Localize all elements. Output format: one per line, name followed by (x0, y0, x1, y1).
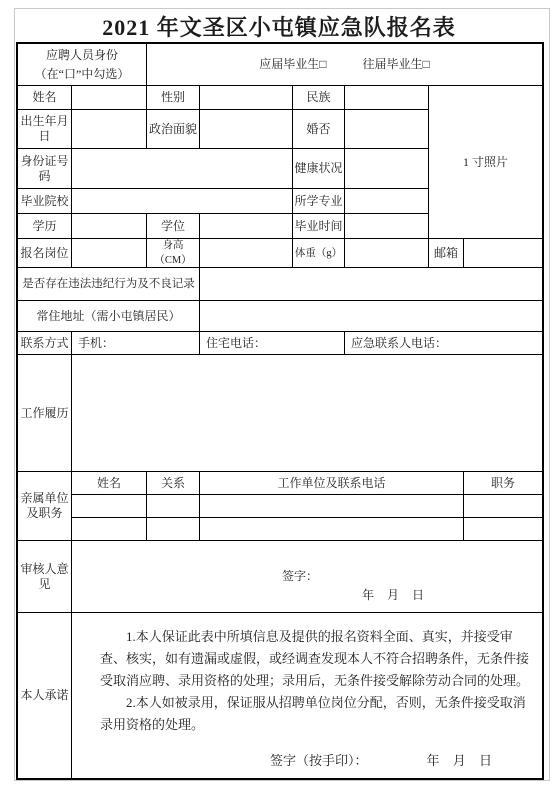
health-label: 健康状况 (293, 149, 345, 189)
pledge-signature-label: 签字（按手印）： (270, 753, 368, 768)
id-number-input[interactable] (72, 149, 293, 189)
relative2-name-input[interactable] (72, 518, 147, 541)
height-input[interactable] (200, 239, 293, 268)
major-label: 所学专业 (293, 189, 345, 214)
work-history-label: 工作履历 (18, 355, 72, 472)
degree-label: 学位 (147, 214, 200, 239)
graduation-time-label: 毕业时间 (293, 214, 345, 239)
pledge-paragraph-2: 2.本人如被录用，保证服从招聘单位岗位分配，否则，无条件接受取消录用资格的处理。 (100, 692, 534, 736)
political-status-input[interactable] (200, 110, 293, 149)
registration-form-page: 2021 年文圣区小屯镇应急队报名表 应聘人员身份 （在“口”中勾选） 应届毕业… (0, 0, 558, 785)
identity-label-line1: 应聘人员身份 (46, 48, 118, 63)
relative1-workunit-input[interactable] (200, 495, 464, 518)
option-previous-graduate-checkbox[interactable]: 往届毕业生□ (363, 57, 430, 72)
form-table: 应聘人员身份 （在“口”中勾选） 应届毕业生□ 往届毕业生□ 姓名 性别 民族 … (16, 42, 544, 780)
review-signature-label: 签字： (282, 569, 318, 584)
weight-input[interactable] (345, 239, 429, 268)
relatives-header-workunit: 工作单位及联系电话 (200, 472, 464, 495)
position-label: 报名岗位 (18, 239, 72, 268)
email-label: 邮箱 (429, 239, 464, 268)
pledge-content-cell: 1.本人保证此表中所填信息及提供的报名资料全面、真实，并接受审查、核实，如有遗漏… (72, 613, 542, 778)
school-input[interactable] (72, 189, 293, 214)
graduation-time-input[interactable] (345, 214, 429, 239)
relative2-duty-input[interactable] (464, 518, 542, 541)
birth-date-label: 出生年月日 (18, 110, 72, 149)
work-history-input[interactable] (72, 355, 542, 472)
identity-label: 应聘人员身份 （在“口”中勾选） (18, 44, 147, 86)
address-label: 常住地址（需小屯镇居民） (18, 301, 200, 332)
pledge-label: 本人承诺 (18, 613, 72, 778)
health-input[interactable] (345, 149, 429, 189)
relative1-relation-input[interactable] (147, 495, 200, 518)
identity-options-cell: 应届毕业生□ 往届毕业生□ (147, 44, 542, 86)
gender-input[interactable] (200, 86, 293, 110)
contact-label: 联系方式 (18, 332, 72, 355)
identity-label-line2: （在“口”中勾选） (35, 67, 130, 82)
gender-label: 性别 (147, 86, 200, 110)
ethnicity-input[interactable] (345, 86, 429, 110)
relative1-duty-input[interactable] (464, 495, 542, 518)
education-input[interactable] (72, 214, 147, 239)
relatives-header-relation: 关系 (147, 472, 200, 495)
name-input[interactable] (72, 86, 147, 110)
option-fresh-graduate-checkbox[interactable]: 应届毕业生□ (259, 57, 326, 72)
height-label: 身高（CM） (147, 239, 200, 268)
marital-status-input[interactable] (345, 110, 429, 149)
address-input[interactable] (200, 301, 542, 332)
relatives-header-duty: 职务 (464, 472, 542, 495)
position-input[interactable] (72, 239, 147, 268)
relatives-label: 亲属单位及职务 (18, 472, 72, 541)
relative1-name-input[interactable] (72, 495, 147, 518)
degree-input[interactable] (200, 214, 293, 239)
marital-status-label: 婚否 (293, 110, 345, 149)
ethnicity-label: 民族 (293, 86, 345, 110)
photo-cell: 1 寸照片 (429, 86, 542, 239)
pledge-paragraph-1: 1.本人保证此表中所填信息及提供的报名资料全面、真实，并接受审查、核实，如有遗漏… (100, 626, 534, 692)
violation-record-label: 是否存在违法违纪行为及不良记录 (18, 268, 200, 301)
birth-date-input[interactable] (72, 110, 147, 149)
pledge-date-label: 年 月 日 (426, 753, 492, 768)
review-label: 审核人意见 (18, 541, 72, 613)
relatives-header-name: 姓名 (72, 472, 147, 495)
weight-label: 体重（g） (293, 239, 345, 268)
review-content-cell[interactable]: 签字： 年 月 日 (72, 541, 542, 613)
school-label: 毕业院校 (18, 189, 72, 214)
name-label: 姓名 (18, 86, 72, 110)
home-phone-field[interactable]: 住宅电话： (200, 332, 345, 355)
mobile-field[interactable]: 手机： (72, 332, 200, 355)
review-date-label: 年 月 日 (362, 588, 424, 603)
form-title: 2021 年文圣区小屯镇应急队报名表 (16, 11, 542, 42)
violation-record-input[interactable] (200, 268, 542, 301)
relative2-workunit-input[interactable] (200, 518, 464, 541)
political-status-label: 政治面貌 (147, 110, 200, 149)
email-input[interactable] (464, 239, 542, 268)
emergency-phone-field[interactable]: 应急联系人电话： (345, 332, 542, 355)
major-input[interactable] (345, 189, 429, 214)
education-label: 学历 (18, 214, 72, 239)
relative2-relation-input[interactable] (147, 518, 200, 541)
id-number-label: 身份证号码 (18, 149, 72, 189)
